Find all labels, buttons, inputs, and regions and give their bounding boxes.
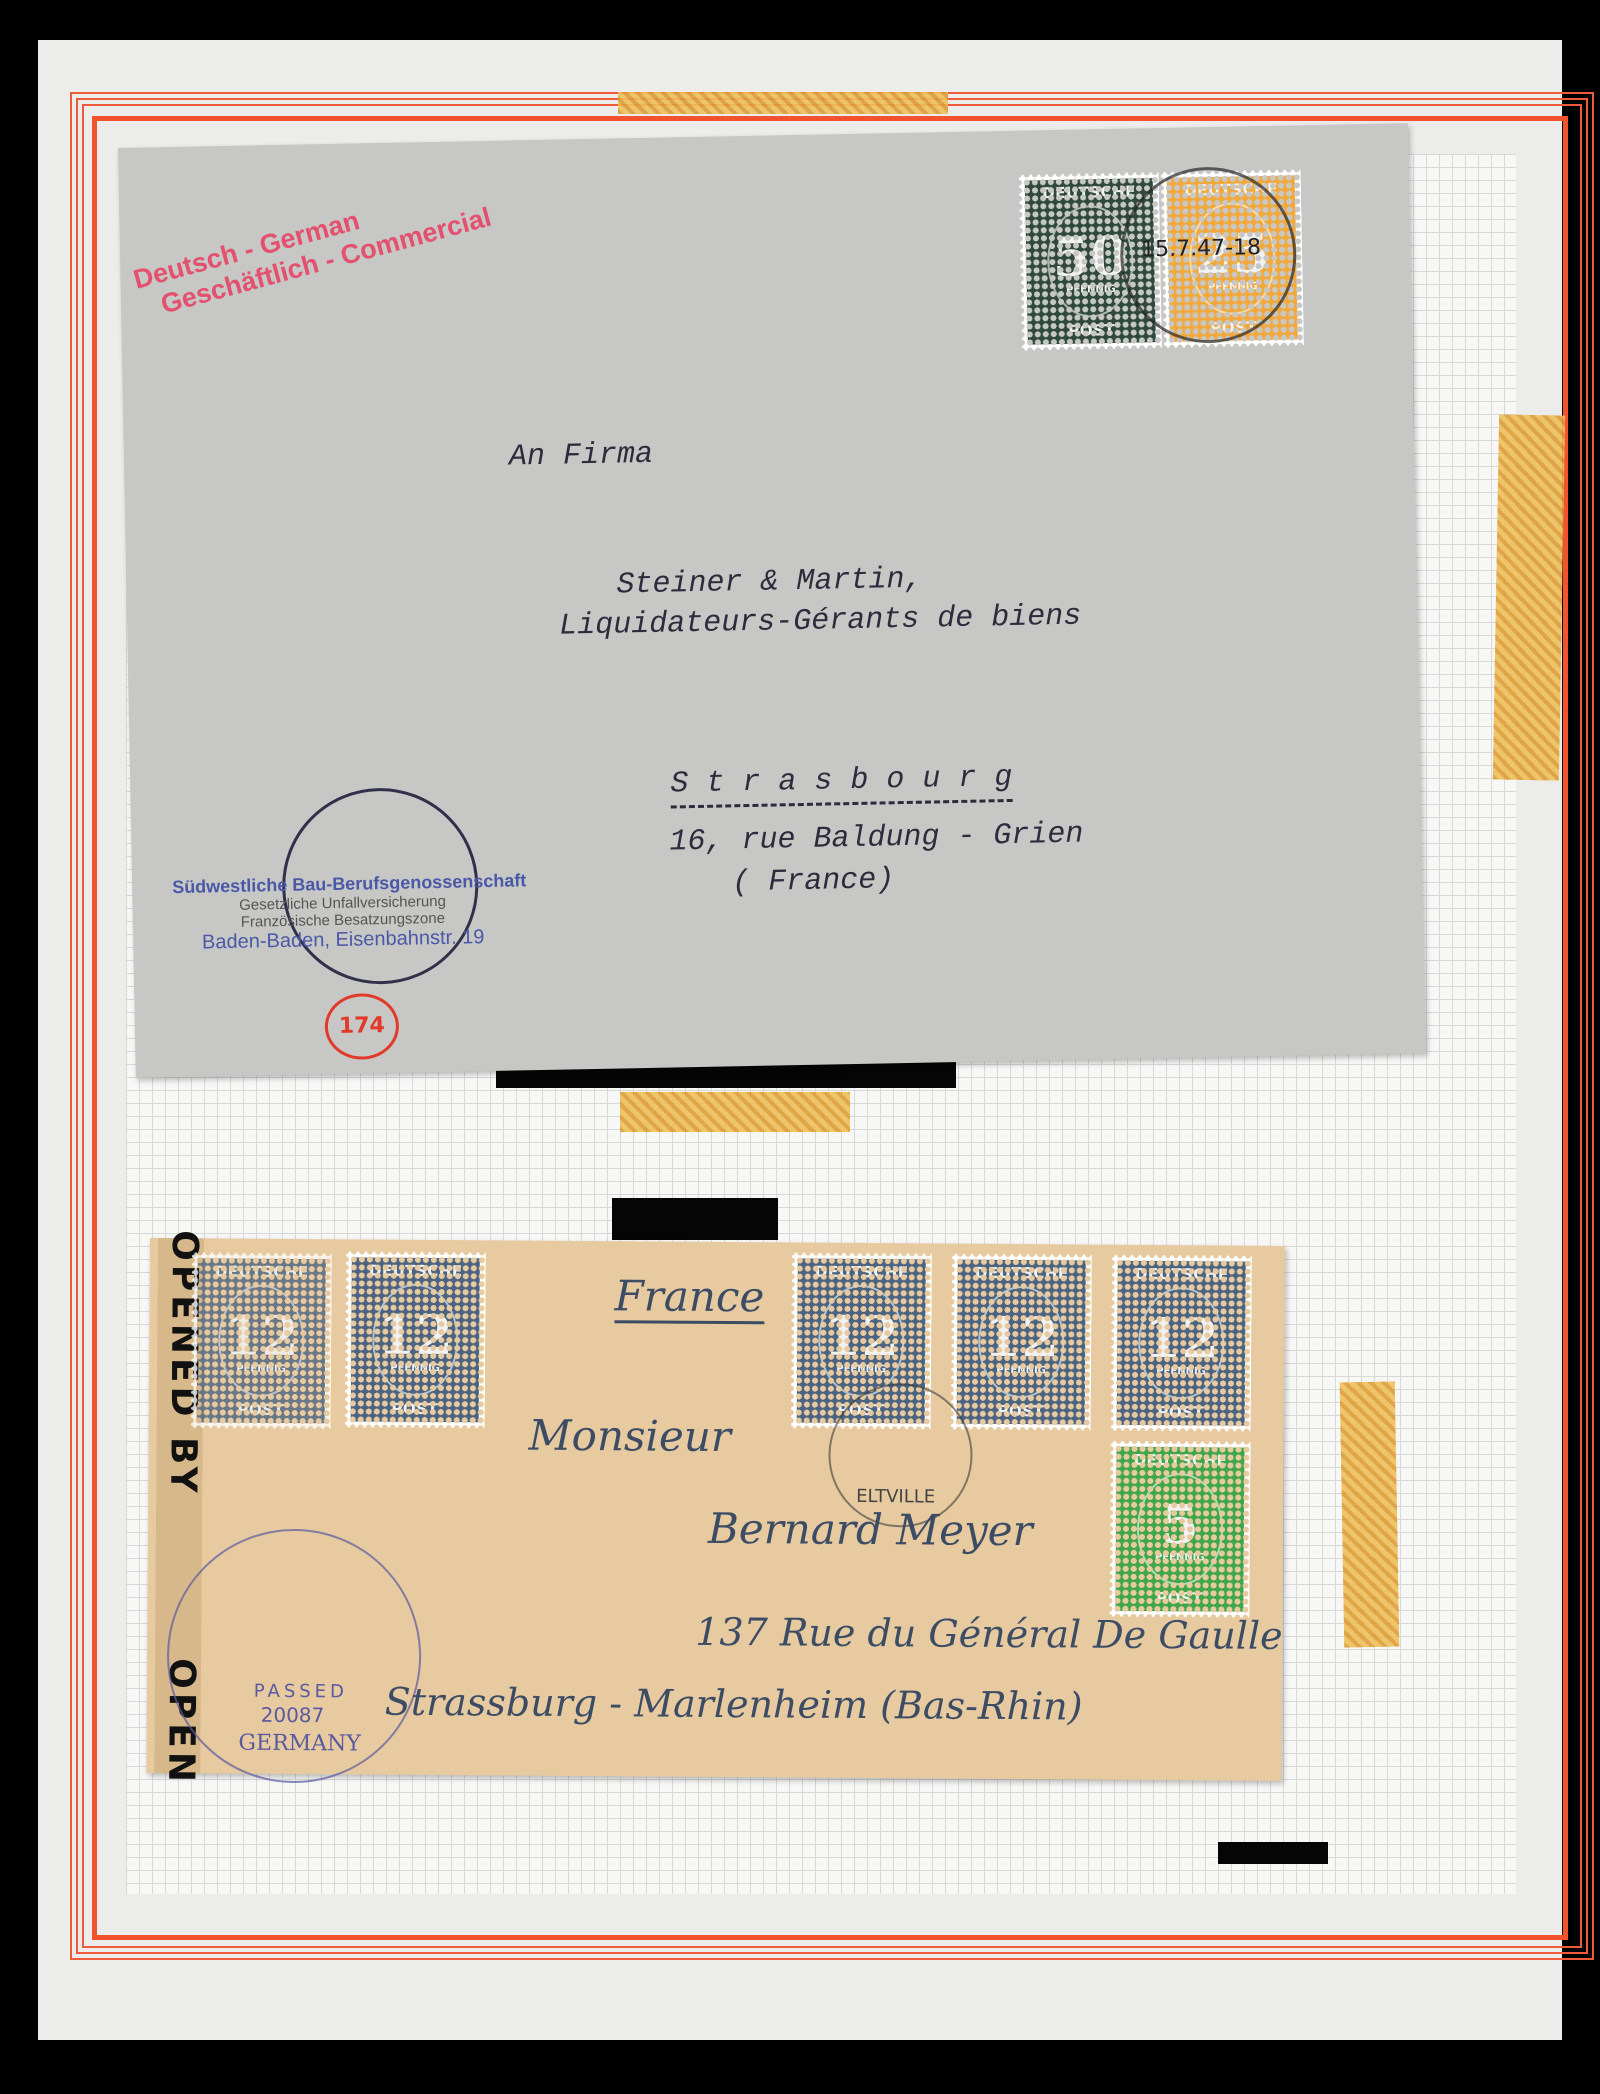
address-country: France [614, 1271, 764, 1324]
stamp-5pf: DEUTSCHE 5PFENNIG POST [1109, 1441, 1250, 1618]
address-line: Monsieur [528, 1411, 731, 1461]
address-line: ( France) [732, 863, 895, 900]
stamp-12pf: DEUTSCHE 12PFENNIG POST [951, 1254, 1092, 1431]
address-line: Steiner & Martin, [616, 563, 923, 603]
address-line: Strassburg - Marlenheim (Bas-Rhin) [385, 1680, 1083, 1729]
address-line: Liquidateurs-Gérants de biens [559, 600, 1082, 644]
us-civil-censorship-mark: PASSED 20087 GERMANY [166, 1528, 422, 1784]
mount-strip [1218, 1842, 1328, 1864]
address-city: S t r a s b o u r g [670, 761, 1013, 809]
stamp-12pf: DEUTSCHE 12PFENNIG POST [345, 1251, 486, 1428]
cover-top: Deutsch - German Geschäftlich - Commerci… [118, 123, 1426, 1078]
mount-strip [612, 1198, 778, 1240]
cover-bottom: OPENED BY OPEN DEUTSCHE 12PFENNIG POST D… [146, 1238, 1285, 1781]
red-cachet: Deutsch - German Geschäftlich - Commerci… [130, 172, 494, 326]
address-line: 16, rue Baldung - Grien [669, 818, 1084, 860]
address-line: 137 Rue du Général De Gaulle [695, 1610, 1283, 1658]
sender-cachet: Südwestliche Bau-Berufsgenossenschaft Ge… [172, 871, 513, 956]
hinge-right-bottom [1340, 1382, 1400, 1648]
hinge-right-top [1493, 414, 1565, 780]
red-number-circle: 174 [324, 993, 399, 1060]
address-line: Bernard Meyer [708, 1504, 1033, 1555]
stamp-12pf: DEUTSCHE 12PFENNIG POST [1111, 1255, 1252, 1432]
hinge-mid [620, 1092, 850, 1132]
stamp-12pf: DEUTSCHE 12PFENNIG POST [191, 1252, 332, 1429]
address-line: An Firma [509, 438, 654, 475]
hinge-top [618, 92, 948, 114]
